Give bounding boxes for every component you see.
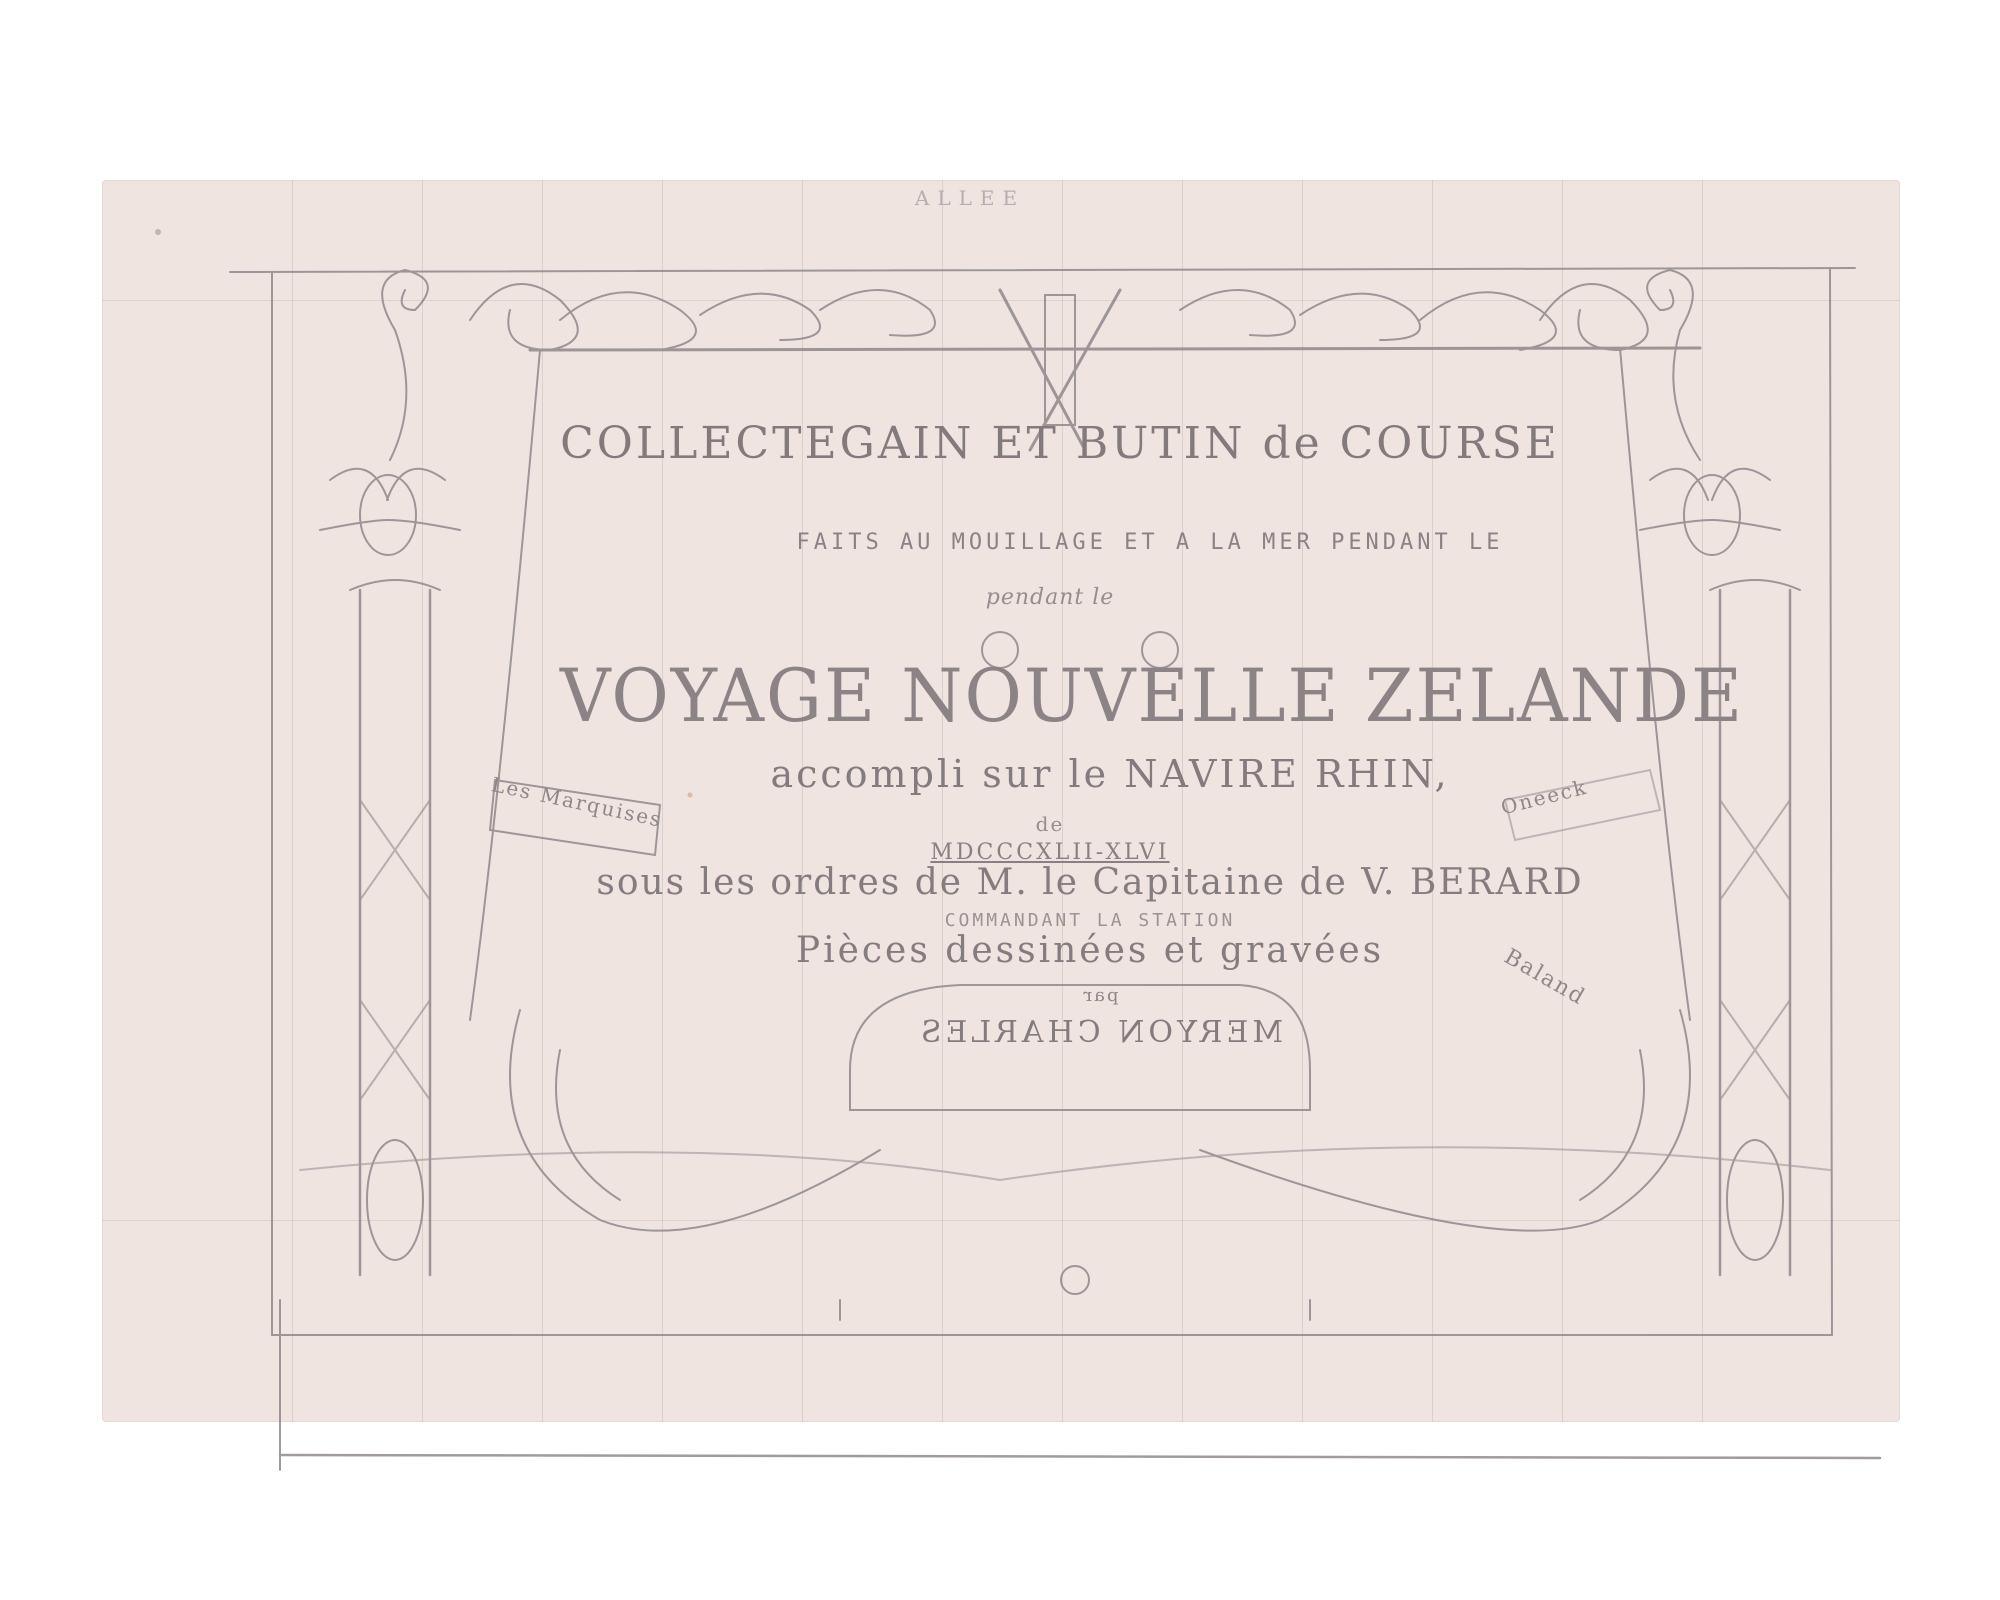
subtitle-small: pendant le bbox=[900, 585, 1200, 610]
subtitle-caps: FAITS AU MOUILLAGE ET A LA MER PENDANT L… bbox=[700, 530, 1600, 555]
commandant-line: COMMANDANT LA STATION bbox=[640, 910, 1540, 931]
par-line: par bbox=[1000, 985, 1200, 1006]
pieces-line: Pièces dessinées et gravées bbox=[540, 930, 1640, 971]
title-line: COLLECTEGAIN ET BUTIN de COURSE bbox=[560, 418, 1560, 469]
de-line: de bbox=[900, 812, 1200, 836]
orders-line: sous les ordres de M. le Capitaine de V.… bbox=[540, 862, 1640, 903]
top-faint-lettering: ALLEE bbox=[880, 186, 1060, 210]
ornamental-frame-sketch bbox=[0, 0, 2000, 1600]
main-title: VOYAGE NOUVELLE ZELANDE bbox=[560, 653, 1660, 739]
mirrored-signature: MERYON CHARLES bbox=[820, 1015, 1380, 1050]
ship-line: accompli sur le NAVIRE RHIN, bbox=[560, 752, 1660, 796]
